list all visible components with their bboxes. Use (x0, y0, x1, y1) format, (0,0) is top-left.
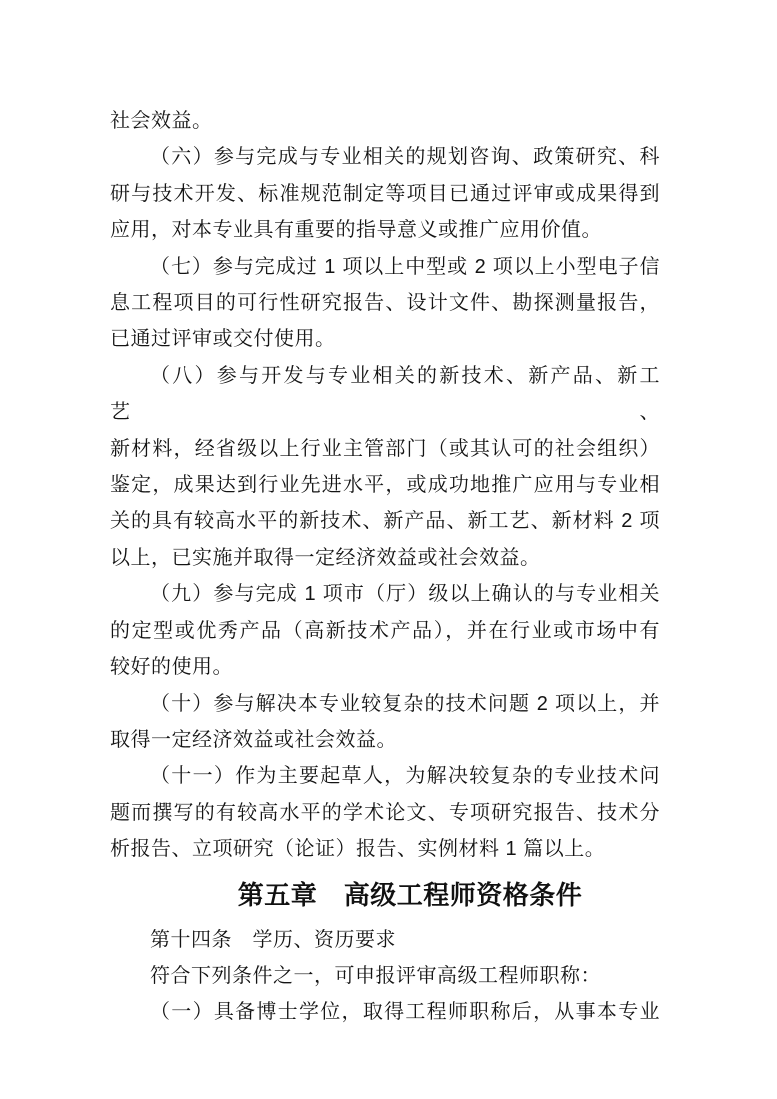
text-line: （七）参与完成过 1 项以上中型或 2 项以上小型电子信 (110, 249, 660, 285)
paragraph-item-7: （七）参与完成过 1 项以上中型或 2 项以上小型电子信息工程项目的可行性研究报… (110, 249, 660, 358)
paragraph-article-14-title: 第十四条 学历、资历要求 (110, 922, 660, 958)
text-line: 已通过评审或交付使用。 (110, 321, 660, 357)
text-line: 较好的使用。 (110, 649, 660, 685)
text-line: 应用，对本专业具有重要的指导意义或推广应用价值。 (110, 212, 660, 248)
text-line: 第五章 高级工程师资格条件 (160, 874, 660, 916)
text-line: 取得一定经济效益或社会效益。 (110, 722, 660, 758)
paragraph-item-6: （六）参与完成与专业相关的规划咨询、政策研究、科研与技术开发、标准规范制定等项目… (110, 139, 660, 248)
document-body: 社会效益。（六）参与完成与专业相关的规划咨询、政策研究、科研与技术开发、标准规范… (110, 103, 660, 1031)
text-line: 的定型或优秀产品（高新技术产品），并在行业或市场中有 (110, 613, 660, 649)
chapter-heading: 第五章 高级工程师资格条件 (110, 874, 660, 916)
text-line: （十）参与解决本专业较复杂的技术问题 2 项以上，并 (110, 686, 660, 722)
document-page: 社会效益。（六）参与完成与专业相关的规划咨询、政策研究、科研与技术开发、标准规范… (0, 0, 777, 1099)
text-line: 新材料，经省级以上行业主管部门（或其认可的社会组织） (110, 431, 660, 467)
text-line: 研与技术开发、标准规范制定等项目已通过评审或成果得到 (110, 176, 660, 212)
text-line: 息工程项目的可行性研究报告、设计文件、勘探测量报告， (110, 285, 660, 321)
text-line: 社会效益。 (110, 103, 660, 139)
paragraph-item-10: （十）参与解决本专业较复杂的技术问题 2 项以上，并取得一定经济效益或社会效益。 (110, 686, 660, 759)
paragraph-item-1-senior: （一）具备博士学位，取得工程师职称后，从事本专业 (110, 994, 660, 1030)
text-line: （一）具备博士学位，取得工程师职称后，从事本专业 (110, 994, 660, 1030)
text-line: 析报告、立项研究（论证）报告、实例材料 1 篇以上。 (110, 831, 660, 867)
paragraph-item-11: （十一）作为主要起草人，为解决较复杂的专业技术问题而撰写的有较高水平的学术论文、… (110, 758, 660, 867)
paragraph-item-8: （八）参与开发与专业相关的新技术、新产品、新工艺、新材料，经省级以上行业主管部门… (110, 358, 660, 576)
paragraph-item-9: （九）参与完成 1 项市（厅）级以上确认的与专业相关的定型或优秀产品（高新技术产… (110, 576, 660, 685)
paragraph-paragraph-continuation: 社会效益。 (110, 103, 660, 139)
text-line: （十一）作为主要起草人，为解决较复杂的专业技术问 (110, 758, 660, 794)
paragraph-article-14-intro: 符合下列条件之一，可申报评审高级工程师职称： (110, 958, 660, 994)
text-line: 关的具有较高水平的新技术、新产品、新工艺、新材料 2 项 (110, 503, 660, 539)
text-line: （八）参与开发与专业相关的新技术、新产品、新工艺、 (110, 358, 660, 431)
text-line: 鉴定，成果达到行业先进水平，或成功地推广应用与专业相 (110, 467, 660, 503)
text-line: （九）参与完成 1 项市（厅）级以上确认的与专业相关 (110, 576, 660, 612)
text-line: 以上，已实施并取得一定经济效益或社会效益。 (110, 540, 660, 576)
text-line: 符合下列条件之一，可申报评审高级工程师职称： (110, 958, 660, 994)
text-line: 第十四条 学历、资历要求 (110, 922, 660, 958)
text-line: （六）参与完成与专业相关的规划咨询、政策研究、科 (110, 139, 660, 175)
text-line: 题而撰写的有较高水平的学术论文、专项研究报告、技术分 (110, 795, 660, 831)
